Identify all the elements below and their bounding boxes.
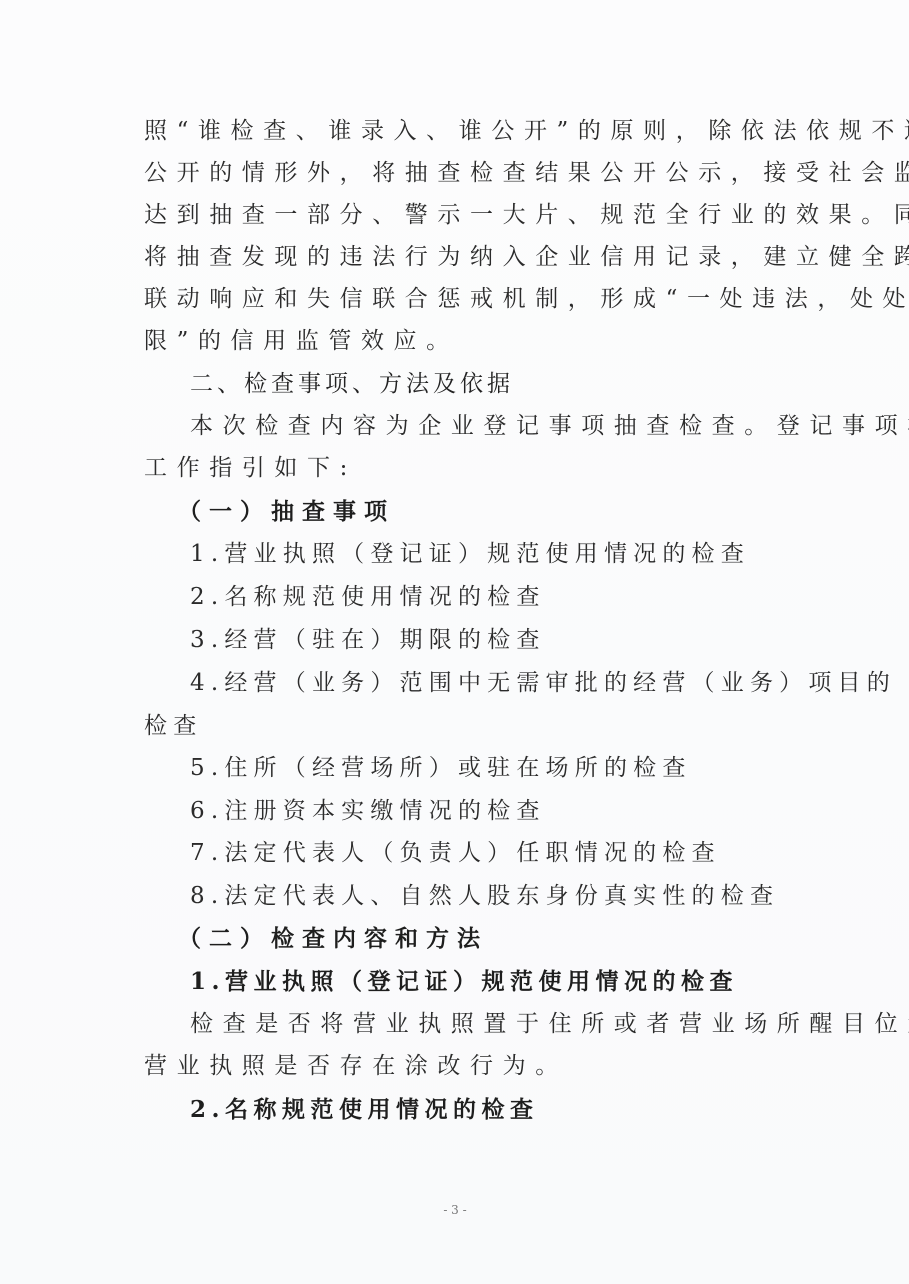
intro-line-3: 达到抽查一部分、警示一大片、规范全行业的效果。同时， (144, 194, 784, 236)
method-item-2-title: 2.名称规范使用情况的检查 (190, 1089, 830, 1131)
intro-line-1: 照“谁检查、谁录入、谁公开”的原则，除依法依规不适合 (144, 110, 784, 152)
subsection-1-title: （一）抽查事项 (178, 491, 818, 533)
section-intro-line-2: 工作指引如下: (144, 447, 784, 489)
subsection-2-title: （二）检查内容和方法 (178, 918, 818, 960)
method-item-1-title: 1.营业执照（登记证）规范使用情况的检查 (190, 961, 830, 1003)
check-item-7: 7.法定代表人（负责人）任职情况的检查 (190, 832, 830, 874)
check-item-4: 4.经营（业务）范围中无需审批的经营（业务）项目的 (190, 662, 830, 704)
page-number: - 3 - (430, 1203, 480, 1217)
intro-line-6: 限”的信用监管效应。 (144, 320, 784, 362)
check-item-6: 6.注册资本实缴情况的检查 (190, 790, 830, 832)
method-item-1-body-line-1: 检查是否将营业执照置于住所或者营业场所醒目位置， (190, 1003, 830, 1045)
section-intro-line-1: 本次检查内容为企业登记事项抽查检查。登记事项检查 (190, 405, 830, 447)
intro-line-5: 联动响应和失信联合惩戒机制，形成“一处违法，处处受 (144, 278, 784, 320)
check-item-8: 8.法定代表人、自然人股东身份真实性的检查 (190, 875, 830, 917)
document-page: 照“谁检查、谁录入、谁公开”的原则，除依法依规不适合 公开的情形外，将抽查检查结… (0, 0, 909, 1284)
check-item-4-continued: 检查 (144, 705, 784, 747)
check-item-3: 3.经营（驻在）期限的检查 (190, 619, 830, 661)
section-heading: 二、检查事项、方法及依据 (190, 363, 830, 405)
method-item-1-body-line-2: 营业执照是否存在涂改行为。 (144, 1045, 784, 1087)
check-item-5: 5.住所（经营场所）或驻在场所的检查 (190, 747, 830, 789)
intro-line-2: 公开的情形外，将抽查检查结果公开公示，接受社会监督， (144, 152, 784, 194)
check-item-2: 2.名称规范使用情况的检查 (190, 576, 830, 618)
intro-line-4: 将抽查发现的违法行为纳入企业信用记录，建立健全跨区域 (144, 236, 784, 278)
check-item-1: 1.营业执照（登记证）规范使用情况的检查 (190, 533, 830, 575)
